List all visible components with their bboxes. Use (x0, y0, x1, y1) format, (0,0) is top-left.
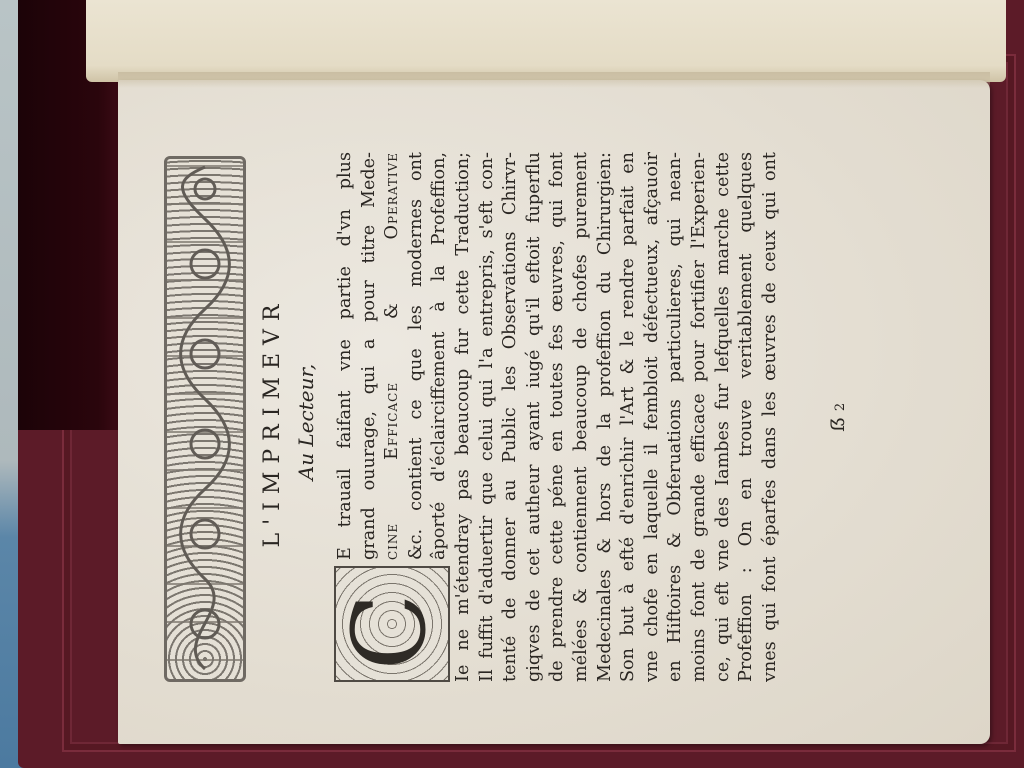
text-line: en Hiftoires & Obferuations particuliere… (664, 152, 688, 682)
text-line: vne chofe en laquelle il fembloit défect… (641, 152, 665, 682)
text-line: âporté d'éclairciffement à la Profeffion… (428, 152, 452, 682)
text-line: de prendre cette péne en toutes fes œuvr… (546, 152, 570, 682)
text-line: E trauail faifant vne partie d'vn plus (334, 152, 358, 682)
text-line: giqves de cet autheur ayant iugé qu'il e… (523, 152, 547, 682)
text-line: moins font de grande efficace pour forti… (688, 152, 712, 682)
text-line: &c. contient ce que les modernes ont (405, 152, 429, 682)
text-line: ce, qui eft vne des Iambes fur lefquelle… (712, 152, 736, 682)
scroll-ornament-icon (167, 159, 243, 679)
text-line: Son but à efté d'enrichir l'Art & le ren… (617, 152, 641, 682)
signature-number: 2 (833, 403, 848, 411)
page-content-rotated: L'IMPRIMEVR Au Lecteur, C E trauail faif… (164, 142, 944, 682)
facing-page-edge (86, 0, 1006, 82)
page-subtitle: Au Lecteur, (294, 162, 318, 682)
signature-mark: ẞ2 (828, 403, 849, 432)
text-line: tenté de donner au Public les Observatio… (499, 152, 523, 682)
text-line: Profeffion : On en trouve veritablement … (735, 152, 759, 682)
text-line: Il fuffit d'aduertir que celui qui l'a e… (476, 152, 500, 682)
text-line: mélées & contiennent beaucoup de chofes … (570, 152, 594, 682)
text-line: cine Efficace & Operative (381, 152, 405, 682)
text-line: vnes qui font éparfes dans les œuvres de… (759, 152, 783, 682)
signature-glyph: ẞ (828, 417, 849, 432)
book-page: L'IMPRIMEVR Au Lecteur, C E trauail faif… (118, 80, 990, 744)
gutter-shadow (118, 72, 990, 88)
ornamental-headpiece (164, 156, 246, 682)
body-text: E trauail faifant vne partie d'vn plus g… (334, 152, 782, 682)
text-line: Medecinales & hors de la profeffion du C… (594, 152, 618, 682)
text-line: Ie ne m'étendray pas beaucoup fur cette … (452, 152, 476, 682)
text-line: grand ouurage, qui a pour titre Mede- (358, 152, 382, 682)
page-title: L'IMPRIMEVR (260, 162, 285, 682)
